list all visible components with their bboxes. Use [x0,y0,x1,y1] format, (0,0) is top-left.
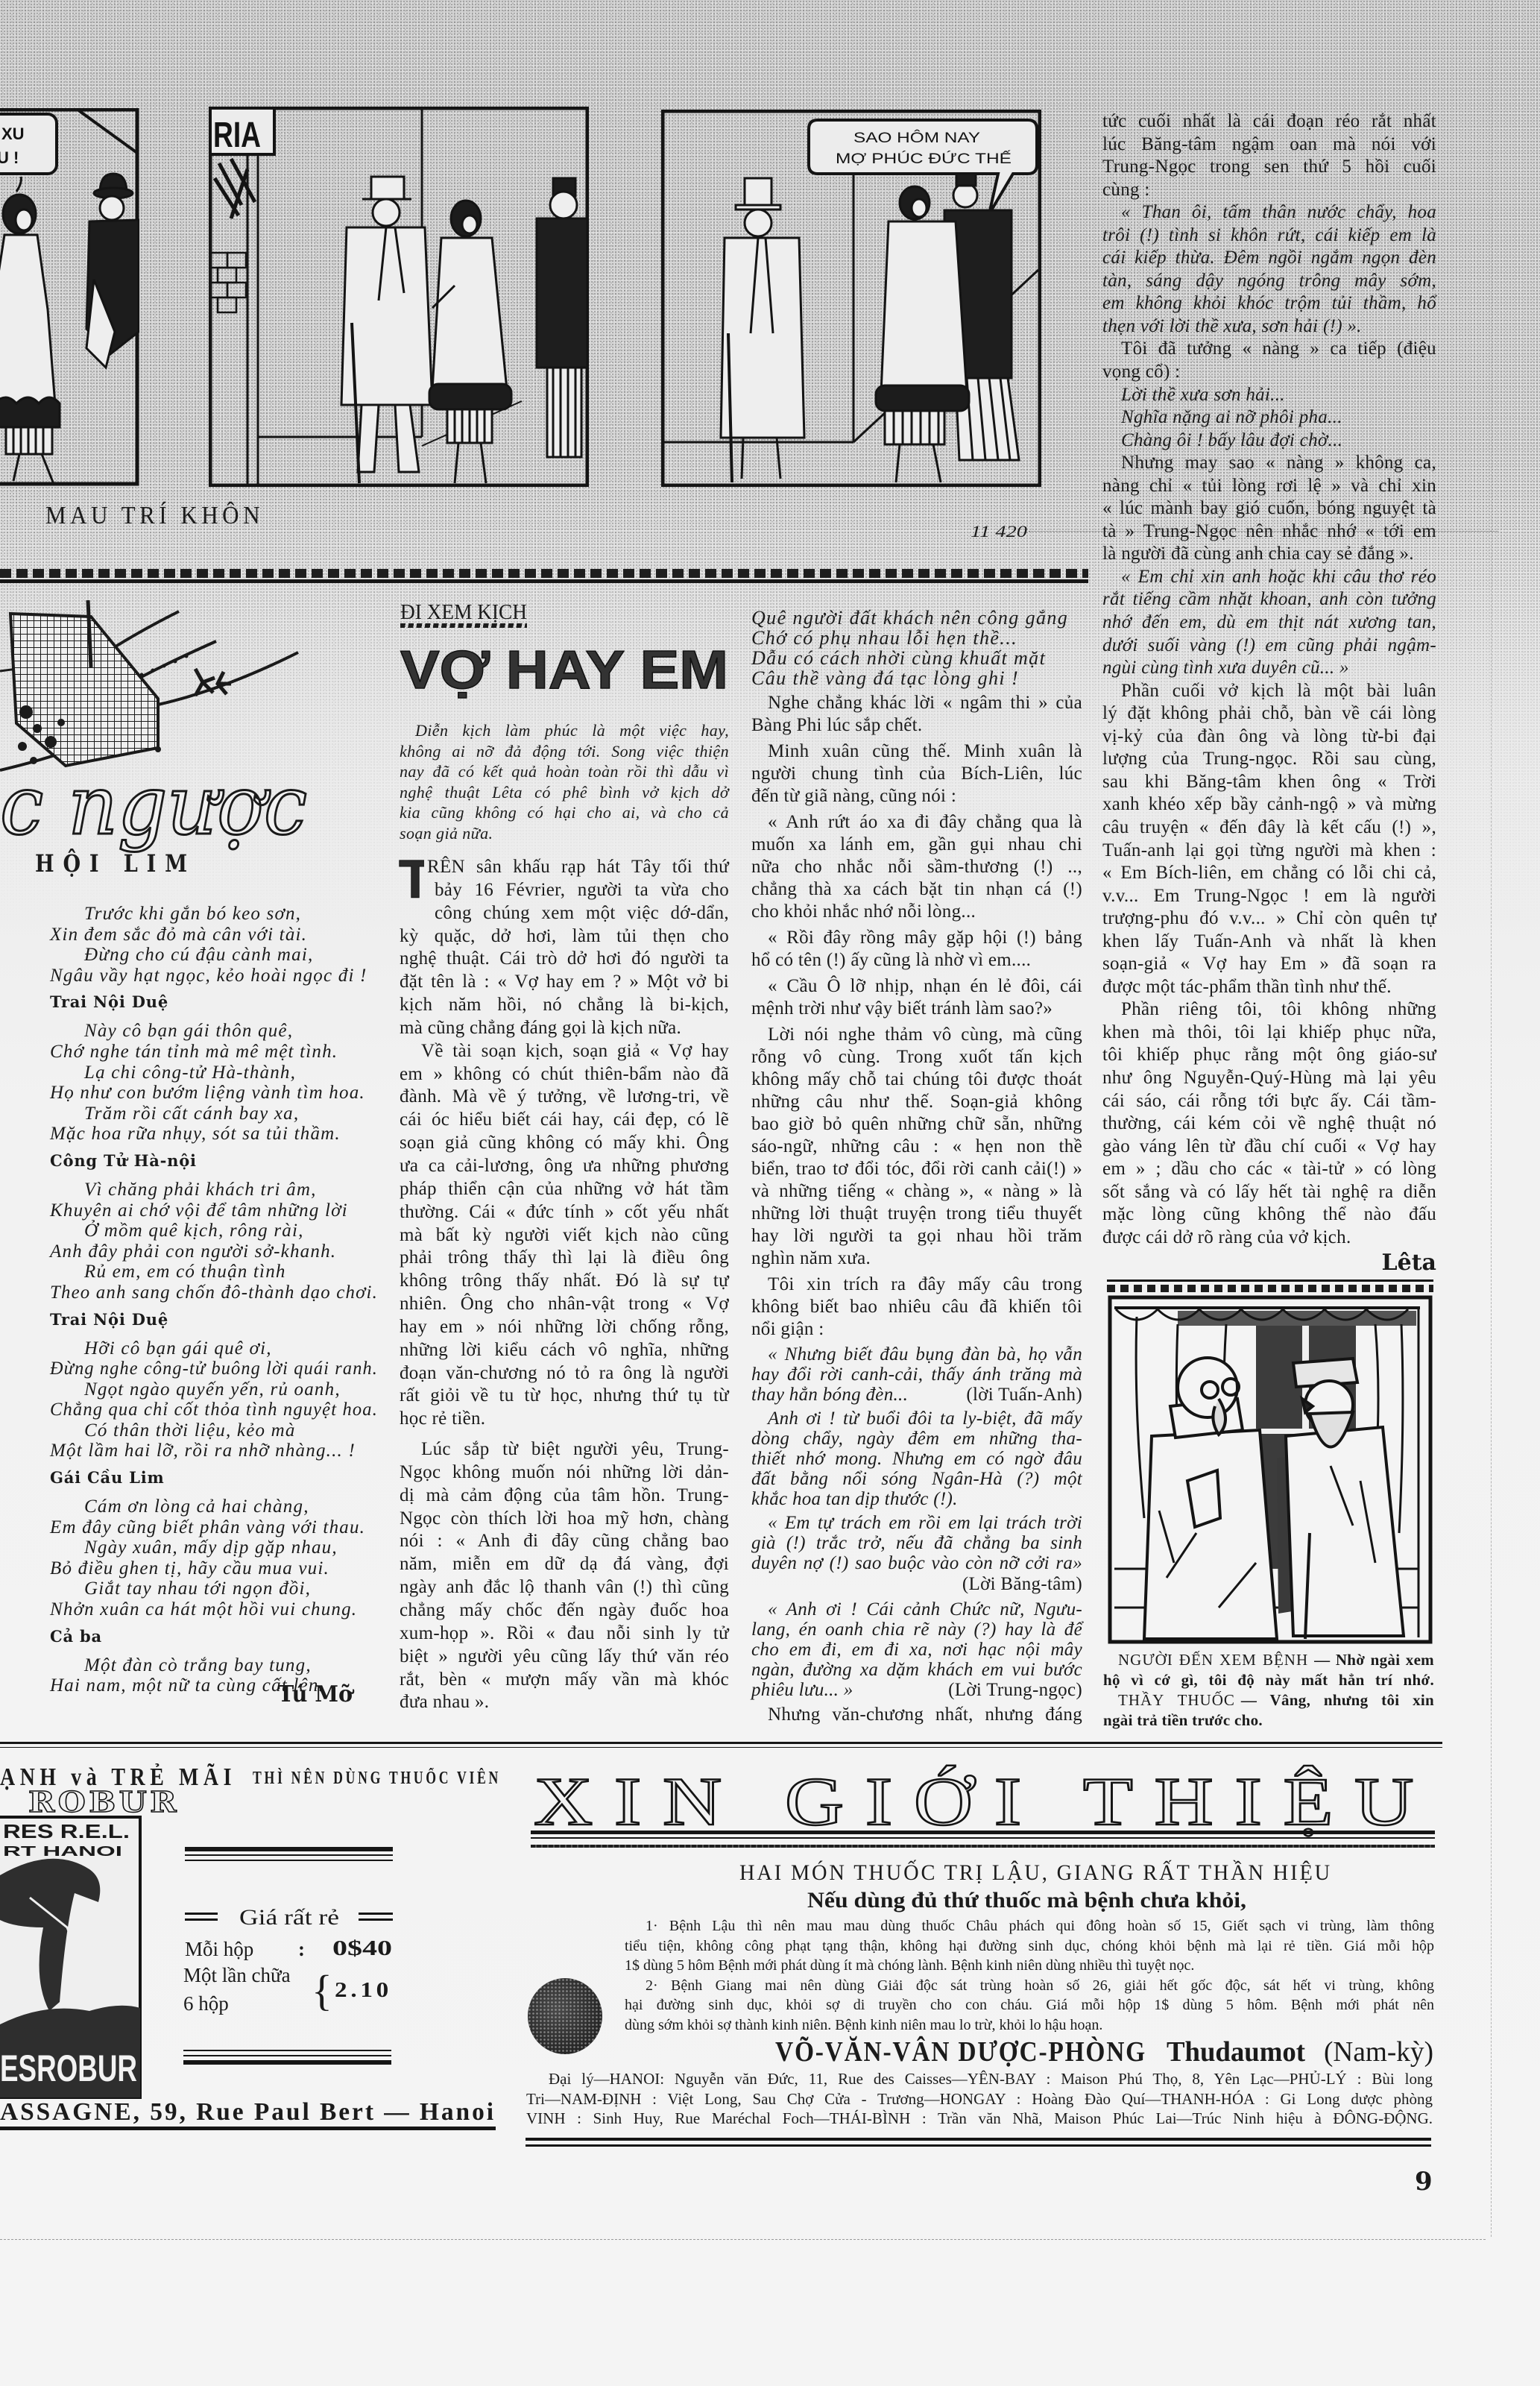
line-text: v.v... Em Trung-Ngọc ! em là người [1102,886,1436,906]
line-text: « Anh rứt áo xa đi đây chẳng qua là [768,812,1082,832]
text-line: « lúc mành bay gió cuốn, bóng nguyệt tà [1102,497,1436,520]
line-text: Trước khi gắn bó keo sơn, [84,904,301,924]
text-line: Anh ơi ! từ buổi đôi ta ly-biệt, đã mấy [751,1408,1082,1429]
line-text: « lúc mành bay gió cuốn, bóng nguyệt tà [1102,498,1436,518]
separator-rule [0,579,1088,583]
line-text: cùng : [1102,180,1150,200]
text-line: khen lấy Tuấn-Anh và nhất là khen [1102,931,1436,954]
text-line: rắt tiếng cầm nhặt khoan, anh còn tưởng [1102,588,1436,611]
line-text: được một tác-phẩm thần tình như thế. [1102,977,1392,997]
comic-code: 11 420 [971,523,1027,540]
text-line: hay lời người ta gọi nhau hồi trăm [751,1225,1082,1247]
line-text: không trông thấy nhất. Đó là sự tự [400,1271,729,1291]
speaker-label: Cả ba [50,1623,378,1655]
robur-address: ASSAGNE, 59, Rue Paul Bert — Hanoi [0,2099,496,2126]
speaker-label: Công Tử Hà-nội [50,1148,378,1180]
price-separator: : [298,1939,305,1960]
paragraph: « Anh ơi ! Cái cảnh Chức nữ, Ngưu-lang, … [751,1599,1082,1700]
line-text: 1$ dùng 5 hôm Bệnh mới phát dùng ít mà c… [625,1957,1194,1974]
line-text: Phần cuối vở kịch là một bài luân [1121,681,1436,701]
line-text: Chớ có phụ nhau lỗi hẹn thề... [751,627,1017,649]
text-line: (Lời Băng-tâm) [751,1573,1082,1596]
text-line: nhiên. Ông cho nhân-vật trong « Vợ [400,1293,729,1316]
line-text: Chẳng qua chỉ cốt thỏa tình nguyệt hoa. [50,1400,378,1420]
text-line: Anh đây phải con người sở-khanh. [50,1241,378,1262]
line-text: Cám ơn lòng cả hai chàng, [84,1496,309,1517]
line-text: Nghe chẳng khác lời « ngâm thi » của [768,693,1082,713]
text-line: đưa nhau ». [400,1691,729,1714]
sign-text: RIA [213,116,261,155]
paragraph: « Than ôi, tấm thân nước chẩy, hoatrôi (… [1102,201,1436,338]
line-text: Gái Cầu Lim [50,1468,165,1487]
line-text: được cái dở rõ ràng của vở kịch. [1102,1227,1351,1247]
line-text: RÊN sân khấu rạp hát Tây tối thứ [427,857,729,877]
line-text: em không khỏi khóc trộm tủi thầm, hổ [1102,293,1436,313]
line-text: Lúc sắp từ biệt người yêu, Trung- [421,1439,729,1459]
line-text: trôi (!) tình si khôn rứt, cái kiếp em l… [1102,225,1436,245]
text-line: Trước khi gắn bó keo sơn, [50,904,378,925]
paragraph: « Rồi đây rồng mây gặp hội (!) bảnghổ có… [751,927,1082,972]
pharmacy-bottom-rule [526,2138,1431,2141]
paragraph: Lời nói nghe thảm vô cùng, mà cũngrỗng v… [751,1024,1082,1270]
text-line: ngàn, đường xa dặm khách em vui bước [751,1660,1082,1680]
speaker-label: Gái Cầu Lim [50,1464,378,1496]
text-line: Một lầm hai lỡ, rồi ra nhỡ nhàng... ! [50,1441,378,1461]
price-title: Giá rất rẻ [239,1907,339,1928]
poem-author-text: Tú Mỡ [278,1683,353,1707]
text-line: Lời nói nghe thảm vô cùng, mà cũng [751,1024,1082,1046]
line-text: thay hẳn bóng đèn... [751,1385,908,1405]
line-text: Chàng ôi ! bấy lâu đợi chờ... [1121,430,1342,450]
text-line: Câu thề vàng đá tạc lòng ghi ! [751,668,1082,688]
line-text: bảy 16 Février, người ta vừa cho [435,880,729,900]
line-text: Bàng Phi lúc sắp chết. [751,715,922,735]
paragraph: Diễn kịch làm phúc là một việc hay,không… [400,720,729,844]
line-text: xum-họp ». Rồi « đau nỗi sinh ly tử [400,1623,729,1643]
text-line: nữa cho nhắc nỗi sầm-thương (!) .., [751,856,1082,878]
text-line: thường. Cái « đức tính » cốt yếu nhất [400,1201,729,1224]
text-line: « Nhưng biết đâu bụng đàn bà, họ vẫn [751,1344,1082,1364]
paragraph: RÊN sân khấu rạp hát Tây tối thứbảy 16 F… [400,856,729,1040]
line-text: thường. Cái « đức tính » cốt yếu nhất [400,1202,729,1222]
text-line: Em đây cũng biết phân vàng với thau. [50,1517,378,1538]
text-line: bao giờ bỏ quên những chữ sẵn, những [751,1113,1082,1136]
bubble-text: SAO HÔM NAY [853,130,980,146]
line-text: không ai nỡ đả động tới. Song việc thiện [400,742,729,761]
text-line: đất bằng nổi sóng Ngân-Hà (?) một [751,1469,1082,1489]
text-line: Tuấn-anh lại gọi từng người mà khen : [1102,840,1436,863]
line-text: trượng-phu đó v.v... » Chỉ còn quên tự [1102,908,1436,928]
text-line: nhớ đến em, dù em thịt nát xương tan, [1102,611,1436,635]
speaker-label: NGƯỜI ĐẾN XEM BỆNH [1118,1651,1308,1669]
text-line: biển, trao tơ đổi tóc, đổi rời canh cải(… [751,1158,1082,1180]
line-text: Nhưng may sao « nàng » không ca, [1121,453,1436,473]
line-text: Lời nói nghe thảm vô cùng, mà cũng [768,1024,1082,1045]
image-text: RES R.E.L. [3,1820,130,1842]
paragraph: « Anh rứt áo xa đi đây chẳng qua làmuốn … [751,811,1082,923]
paragraph: Minh xuân cũng thế. Minh xuân làngười ch… [751,740,1082,808]
text-line: ngài trả tiền trước cho. [1103,1710,1434,1731]
text-line: những lời thuật truyện trong tiểu thuyết [751,1203,1082,1225]
line-text: pháp thiển cận của những vở hát tầm [400,1179,729,1199]
line-text: nghệ thuật Lêta có phê bình vở kịch dở [400,783,729,802]
line-text: « Than ôi, tấm thân nước chẩy, hoa [1121,202,1436,222]
line-text: Trai Nội Duệ [50,992,168,1011]
line-text: Phần riêng tôi, tôi không những [1121,999,1436,1019]
doctor-cartoon-illustration [1107,1294,1435,1646]
text-line: « Than ôi, tấm thân nước chẩy, hoa [1102,201,1436,224]
poem-script-title-text: c ngược [0,768,307,843]
pharmacy-region-text: (Nam-kỳ) [1324,2039,1433,2065]
text-line: tàn, sáng dậy ngóng trông mây sớm, [1102,270,1436,293]
paragraph: 1· Bệnh Lậu thì nên mau mau dùng thuốc C… [625,1916,1434,1976]
line-text: 1· Bệnh Lậu thì nên mau mau dùng thuốc C… [646,1918,1434,1934]
dark-suited-man-figure [537,178,587,457]
price-value: 0$40 [332,1939,392,1960]
line-text: Khuyên ai chớ vội để tâm những lời [50,1200,348,1221]
text-line: Ngày xuân, mấy dịp gặp nhau, [50,1537,378,1558]
price-title-bar [359,1913,393,1915]
line-text: hổ có tên (!) ấy cũng là nhờ vì em.... [751,950,1031,970]
text-line: không mấy chỗ tai chúng tôi được thoát [751,1068,1082,1091]
line-text: gào váng lên từ đầu chí cuối « Vợ hay [1102,1136,1436,1156]
text-line: hại đường sinh dục, khỏi sợ di truyền ch… [625,1995,1434,2015]
text-line: Theo anh sang chốn đô-thành dạo chơi. [50,1282,376,1303]
line-text: Chớ nghe tán tỉnh mà mê mệt tình. [50,1042,338,1062]
line-text: sốt sắng và có lấy hết tài nghệ ra diễn [1102,1182,1436,1202]
line-text: Cả ba [50,1627,102,1646]
line-text: thường, cái kém cỏi về nghệ thuật nó [1102,1113,1436,1133]
line-text: nói : « Anh đi đây cũng chẳng bao [400,1531,729,1551]
image-text: ESROBUR [0,2047,137,2089]
ads-top-rule-thin [0,1747,1442,1748]
robur-brand: ROBUR [28,1791,180,1813]
line-text: rắt tiếng cầm nhặt khoan, anh còn tưởng [1102,589,1436,609]
text-line: Trung-Ngọc trong sen thứ 5 hồi cuối [1102,156,1436,179]
text-line: tà » Trung-Ngọc nên nhắc nhớ « tới em [1102,520,1436,544]
line-text: phải trông thấy thì lại là điều ông [400,1247,729,1268]
line-text: nhớ đến em, dù em thịt nát xương tan, [1102,612,1436,632]
line-text: Nhưng văn-chương nhất, nhưng đáng [768,1704,1082,1725]
poem-title: HỘI LIM [35,852,196,875]
line-text: Em đây cũng biết phân vàng với thau. [50,1517,365,1537]
line-text: rắt, bèn « mượn mấy vần mà khóc [400,1669,729,1690]
line-text: Về tài soạn kịch, soạn giả « Vợ hay [421,1041,729,1061]
price-title-bar [185,1918,218,1921]
text-line: lượng của Trung-ngọc. Rồi sau cùng, [1102,748,1436,771]
paragraph: « Cầu Ô lỡ nhịp, nhạn én lẻ đôi, cáimệnh… [751,975,1082,1020]
line-text: kỳ quặc, dở hơi, làm tủi thẹn cho [400,926,729,946]
line-text: tôi khiếp phục rằng một ông giáo-sư [1102,1045,1436,1065]
pharmacy-region: (Nam-kỳ) [1324,2039,1433,2065]
image-text: RT HANOI [3,1844,122,1859]
stanza: Cám ơn lòng cả hai chàng,Em đây cũng biế… [50,1496,378,1620]
cartoon-caption: NGƯỜI ĐẾN XEM BỆNH— Nhờ ngài xemhộ vì cớ… [1103,1650,1434,1731]
paragraph: Lúc sắp từ biệt người yêu, Trung-Ngọc kh… [400,1438,729,1714]
text-line: mà bất kỳ người viết kịch nào cũng [400,1224,729,1247]
line-text: đến từ giã nàng, cũng nói : [751,786,956,806]
line-text: — Nhờ ngài xem [1314,1651,1434,1669]
text-line: không trông thấy nhất. Đó là sự tự [400,1270,729,1293]
text-line: Có thân thời liệu, kẻo mà [50,1420,378,1441]
line-text: nghệ thuật. Cái trò dở hơi đó người ta [400,948,729,969]
text-line: kịch năm hồi, nó chẳng là bi-kịch, [400,994,729,1017]
poem-title-text: HỘI LIM [35,852,196,875]
line-text: dưới suối vàng (!) em cũng phải ngậm- [1102,635,1436,655]
text-line: trượng-phu đó v.v... » Chỉ còn quên tự [1102,907,1436,931]
quoted-verse: Quê người đất khách nên công gắngChớ có … [751,608,1082,688]
text-line: vị-kỷ của đàn ông và lòng từ-bi đại [1102,725,1436,749]
line-text: cho khỏi nhắc nhớ nỗi lòng... [751,901,976,922]
line-text: soạn giả nữa. [400,824,493,843]
line-text: Nghĩa nặng ai nỡ phôi pha... [1121,407,1342,427]
text-line: soạn-giả « Vợ hay Em » đã soạn ra [1102,953,1436,976]
embracing-couple-figure [876,174,1019,482]
text-line: thiết nhớ mong. Nhưng em có ngờ đâu [751,1449,1082,1469]
text-line: công chúng xem một việc dớ-dẩn, [400,902,729,925]
pharmacy-brand-text: VÕ-VĂN-VÂN DƯỢC-PHÒNG [775,2039,1146,2065]
text-line: Khuyên ai chớ vội để tâm những lời [50,1200,378,1221]
price-rule [183,2060,391,2065]
line-text: — Vâng, nhưng tôi xin [1241,1691,1434,1709]
line-text: Câu thề vàng đá tạc lòng ghi ! [751,667,1019,689]
price-value-text: 2.10 [335,1980,392,2001]
line-text: rất giỏi về tu từ học, nhưng thứ tụ từ [400,1385,729,1406]
robur-headline-small: THÌ NÊN DÙNG THUỐC VIÊN [253,1769,501,1788]
text-line: không biết bao nhiêu câu đã khiến tôi [751,1296,1082,1318]
line-text: là người đã cùng anh chia cay sẻ đắng ». [1102,544,1414,564]
page-bottom-rule [0,2239,1486,2240]
comic-panel-2: RIA [209,107,589,487]
text-line: Ngâu vầy hạt ngọc, kẻo hoài ngọc đi ! [50,966,378,986]
text-line: sau khi Băng-tâm khen ông « Trời [1102,771,1436,794]
text-line: cho khỏi nhắc nhớ nỗi lòng... [751,901,1082,923]
paragraph: Nhưng may sao « nàng » không ca,nàng chỉ… [1102,452,1436,566]
text-line: người chung tình của Bích-Liên, lúc [751,763,1082,785]
price-title-text: Giá rất rẻ [239,1907,339,1928]
line-text: Nhởn xuân ca hát một hồi vui chung. [50,1599,357,1619]
line-text: khen mà thôi, tôi lại khiếp phục nữa, [1102,1022,1436,1042]
text-line: hay em » nói những lời chống rỗng, [400,1316,729,1339]
line-text: Có thân thời liệu, kẻo mà [84,1420,296,1441]
line-text: « Rồi đây rồng mây gặp hội (!) bảng [768,928,1082,948]
line-text: biển, trao tơ đổi tóc, đổi rời canh cải(… [751,1159,1082,1179]
bubble-text: MỢ PHÚC ĐỨC THẾ [836,151,1012,167]
text-line: mà cũng chẳng đáng gọi là kịch nữa. [400,1017,729,1040]
paragraph: Tôi xin trích ra đây mấy câu trongkhông … [751,1274,1082,1341]
line-text: Quê người đất khách nên công gắng [751,607,1068,629]
line-text: Đừng cho cú đậu cành mai, [84,945,313,965]
text-line: NGƯỜI ĐẾN XEM BỆNH— Nhờ ngài xem [1103,1650,1434,1670]
text-line: rỗng vô cùng. Trong xuốt tấn kịch [751,1046,1082,1068]
text-line: Lúc sắp từ biệt người yêu, Trung- [400,1438,729,1461]
pharmacy-agents-list: Đại lý—HANOI: Nguyễn văn Đức, 11, Rue de… [526,2069,1433,2129]
pharmacy-ad-lead-text: Nếu dùng đủ thứ thuốc mà bệnh chưa khỏi, [807,1889,1246,1912]
text-line: Công Tử Hà-nội [50,1148,378,1174]
text-line: ngày anh đắc lộ thanh vân (!) thì cũng [400,1576,729,1599]
decorative-separator-band [0,569,1088,578]
line-text: đặt tên là : « Vợ hay em ? » Một vở bi [400,972,729,992]
line-text: cái sáo, cái rỗng tới bực ấy. Cái tầm- [1102,1091,1436,1111]
text-line: Diễn kịch làm phúc là một việc hay, [400,720,729,741]
line-text: « Cầu Ô lỡ nhịp, nhạn én lẻ đôi, cái [768,976,1082,996]
text-line: Lạ chi công-tử Hà-thành, [50,1063,378,1083]
price-brace: { [312,1968,332,2013]
line-text: Tôi đã tưởng « nàng » ca tiếp (điệu [1121,339,1436,359]
line-text: thiết nhớ mong. Nhưng em có ngờ đâu [751,1449,1082,1469]
text-line: lúc Băng-tâm ngậm oan mà nói với [1102,133,1436,157]
text-line: cái kiếp thừa. Đêm ngồi ngắm ngọn đèn [1102,247,1436,270]
line-text: sau khi Băng-tâm khen ông « Trời [1102,772,1436,792]
line-text: « Anh ơi ! Cái cảnh Chức nữ, Ngưu- [768,1599,1082,1619]
line-text: khen lấy Tuấn-Anh và nhất là khen [1102,931,1436,951]
text-line: Lời thề xưa sơn hải... [1102,384,1436,407]
text-line: Ngọc không muốn nói những lời dản- [400,1461,729,1485]
text-line: những lời kiểu cách vô nghĩa, những [400,1339,729,1362]
text-line: Dẫu có cách nhời cùng khuất mặt [751,648,1082,668]
line-text: Này cô bạn gái thôn quê, [84,1021,293,1041]
paragraph: « Nhưng biết đâu bụng đàn bà, họ vẫnhay … [751,1344,1082,1405]
line-text: nghìn năm xưa. [751,1248,871,1268]
text-line: thẹn với lời thề xưa, sơn hải (!) ». [1102,315,1436,339]
text-line: dưới suối vàng (!) em cũng phải ngậm- [1102,635,1436,658]
line-text: những lời thuật truyện trong tiểu thuyết [751,1203,1082,1224]
line-text: lang, én oanh chia rẽ này (?) hay là để [751,1619,1082,1640]
text-line: nghệ thuật. Cái trò dở hơi đó người ta [400,948,729,971]
article-author: Lêta [1364,1251,1436,1275]
line-text: Rủ em, em có thuận tình [84,1262,286,1282]
paragraph: tức cuối nhất là cái đoạn réo rắt nhấtlú… [1102,110,1436,201]
quoted-verse: Lời thề xưa sơn hải...Nghĩa nặng ai nỡ p… [1102,384,1436,453]
pharmacy-city: Thudaumot [1167,2039,1305,2065]
line-text: công chúng xem một việc dớ-dẩn, [435,903,729,923]
stanza: Hỡi cô bạn gái quê ơi,Đừng nghe công-tử … [50,1338,378,1462]
line-text: Bỏ điều ghen tị, hãy cầu mua vui. [50,1558,329,1578]
paragraph: Anh ơi ! từ buổi đôi ta ly-biệt, đã mấyd… [751,1408,1082,1509]
line-text: sáo-ngữ, những câu : « hẹn non thề [751,1136,1082,1156]
text-line: Quê người đất khách nên công gắng [751,608,1082,628]
line-text: không mấy chỗ tai chúng tôi được thoát [751,1069,1082,1089]
text-line: bảy 16 Février, người ta vừa cho [400,879,729,902]
line-text: soạn giả cũng không có mấy khi. Ông [400,1133,729,1153]
text-line: nàng chỉ « tủi lòng rơi lệ » và chỉ xin [1102,475,1436,498]
text-line: Trai Nội Duệ [50,989,378,1016]
line-text: Vì chăng phải khách tri âm, [84,1180,317,1200]
text-line: Họ như con bướm liệng vành tìm hoa. [50,1083,378,1104]
text-line: Cả ba [50,1623,378,1650]
section-label-text: ĐI XEM KỊCH [400,602,527,623]
attribution: (Lời Trung-ngọc) [948,1680,1082,1700]
text-line: « Anh ơi ! Cái cảnh Chức nữ, Ngưu- [751,1599,1082,1619]
line-text: đoạn văn-chương nó tỏ ra ông là người [400,1363,729,1383]
text-line: v.v... Em Trung-Ngọc ! em là người [1102,885,1436,908]
text-line: Giắt tay nhau tới ngọn đồi, [50,1578,378,1599]
text-line: Tri—NAM-ĐỊNH : Việt Long, Sau Chợ Cửa - … [526,2089,1433,2109]
text-line: Mặc hoa rữa nhụy, sót sa tủi thầm. [50,1124,378,1145]
text-line: không ai nỡ đả động tới. Song việc thiện [400,741,729,762]
line-text: Ngâu vầy hạt ngọc, kẻo hoài ngọc đi ! [50,966,367,986]
paragraph: Tôi đã tưởng « nàng » ca tiếp (điệuvọng … [1102,338,1436,383]
text-line: « Em Bích-liên, em chẳng có lỗi chi cả, [1102,862,1436,885]
speaker-label: Trai Nội Duệ [50,1306,378,1338]
line-text: Trung-Ngọc trong sen thứ 5 hồi cuối [1102,157,1436,177]
text-line: biệt » người yêu cũng lấy thứ văn réo [400,1646,729,1669]
line-text: đưa nhau ». [400,1692,489,1712]
line-text: đất bằng nổi sóng Ngân-Hà (?) một [751,1469,1082,1489]
text-line: nổi giận : [751,1318,1082,1341]
text-line: Ngọt ngào quyến yến, rủ oanh, [50,1379,378,1400]
line-text: mặc lòng cũng không thể nào đấu [1102,1204,1436,1224]
bubble-text: U ! [0,148,19,167]
line-text: Ngọt ngào quyến yến, rủ oanh, [84,1379,341,1400]
text-line: sáo-ngữ, những câu : « hẹn non thề [751,1136,1082,1158]
line-text: « Em Bích-liên, em chẳng có lỗi chi cả, [1102,863,1436,883]
text-line: và những tiếng « chàng », « nàng » là [751,1180,1082,1203]
text-line: được một tác-phẩm thần tình như thế. [1102,976,1436,999]
text-line: Nhưng may sao « nàng » không ca, [1102,452,1436,475]
paragraph: « Em chỉ xin anh hoặc khi câu thơ réorắt… [1102,566,1436,680]
line-text: « Nhưng biết đâu bụng đàn bà, họ vẫn [768,1344,1082,1364]
text-line: kia cũng không có hại cho ai, và cho cả [400,802,729,823]
text-line: Nghĩa nặng ai nỡ phôi pha... [1102,406,1436,429]
text-line: « Em tự trách em rồi em lại trách trời [751,1513,1082,1533]
text-line: Ngọc còn thích lời hoa mỹ hơn, chàng [400,1508,729,1531]
line-text: duyên nợ (!) sao buộc vào còn nỡ cởi ra» [751,1553,1082,1573]
line-text: lúc Băng-tâm ngậm oan mà nói với [1102,134,1436,154]
text-line: chẳng thà xa cách bặt tin nhạn cá (!) [751,878,1082,901]
text-line: RÊN sân khấu rạp hát Tây tối thứ [400,856,729,879]
attribution: (lời Tuấn-Anh) [966,1385,1082,1405]
text-line: cái óc hiểu biết cái hay, cái đẹp, có lẽ [400,1109,729,1132]
text-line: Cám ơn lòng cả hai chàng, [50,1496,378,1517]
line-text: nay đã có kết quả hoàn toàn rồi thì dẫu … [400,762,729,781]
line-text: Ngọc không muốn nói những lời dản- [400,1462,729,1482]
text-line: Gái Cầu Lim [50,1464,378,1491]
text-line: Tôi xin trích ra đây mấy câu trong [751,1274,1082,1296]
speaker-label: THẦY THUỐC [1118,1691,1235,1709]
brick-wall [209,253,246,312]
text-line: ngùi cùng tình xưa duyên cũ... » [1102,657,1436,680]
stanza: Vì chăng phải khách tri âm,Khuyên ai chớ… [50,1180,378,1303]
line-text: thẹn với lời thề xưa, sơn hải (!) ». [1102,316,1362,336]
text-line: cái sáo, cái rỗng tới bực ấy. Cái tầm- [1102,1090,1436,1113]
line-text: VINH : Sinh Huy, Rue Maréchal Foch—THÁI-… [526,2109,1433,2127]
line-text: những câu như thế. Soạn-giả không [751,1092,1082,1112]
man-top-hat-figure [721,178,804,482]
line-text: mà cũng chẳng đáng gọi là kịch nữa. [400,1018,681,1038]
text-line: Một đàn cò trắng bay tung, [50,1655,378,1676]
line-text: người chung tình của Bích-Liên, lúc [751,764,1082,784]
price-label: 6 hộp [183,1993,229,2014]
text-line: « Rồi đây rồng mây gặp hội (!) bảng [751,927,1082,949]
text-line: Chẳng qua chỉ cốt thỏa tình nguyệt hoa. [50,1400,371,1420]
text-line: đến từ giã nàng, cũng nói : [751,785,1082,808]
text-line: Trăm rồi cất cánh bay xa, [50,1104,378,1124]
line-text: Dẫu có cách nhời cùng khuất mặt [751,647,1046,669]
text-line: già (!) trắc trở, nếu đã chẳng ba sinh [751,1533,1082,1553]
text-line: Tôi đã tưởng « nàng » ca tiếp (điệu [1102,338,1436,361]
line-text: hay lời người ta gọi nhau hồi trăm [751,1226,1082,1246]
text-line: cho em đi, em đi xa, nơi hạc nội mây [751,1640,1082,1660]
comic-title-text: MAU TRÍ KHÔN [45,504,264,528]
article-intro: Diễn kịch làm phúc là một việc hay,không… [400,720,729,844]
line-text: em » không có chút thiên-bẩm nào đã [400,1064,729,1084]
line-text: không biết bao nhiêu câu đã khiến tôi [751,1297,1082,1317]
price-title-bar [359,1918,393,1921]
line-text: tàn, sáng dậy ngóng trông mây sớm, [1102,271,1436,291]
page-number: 9 [1415,2168,1437,2195]
bubble-text: XU [1,125,25,143]
